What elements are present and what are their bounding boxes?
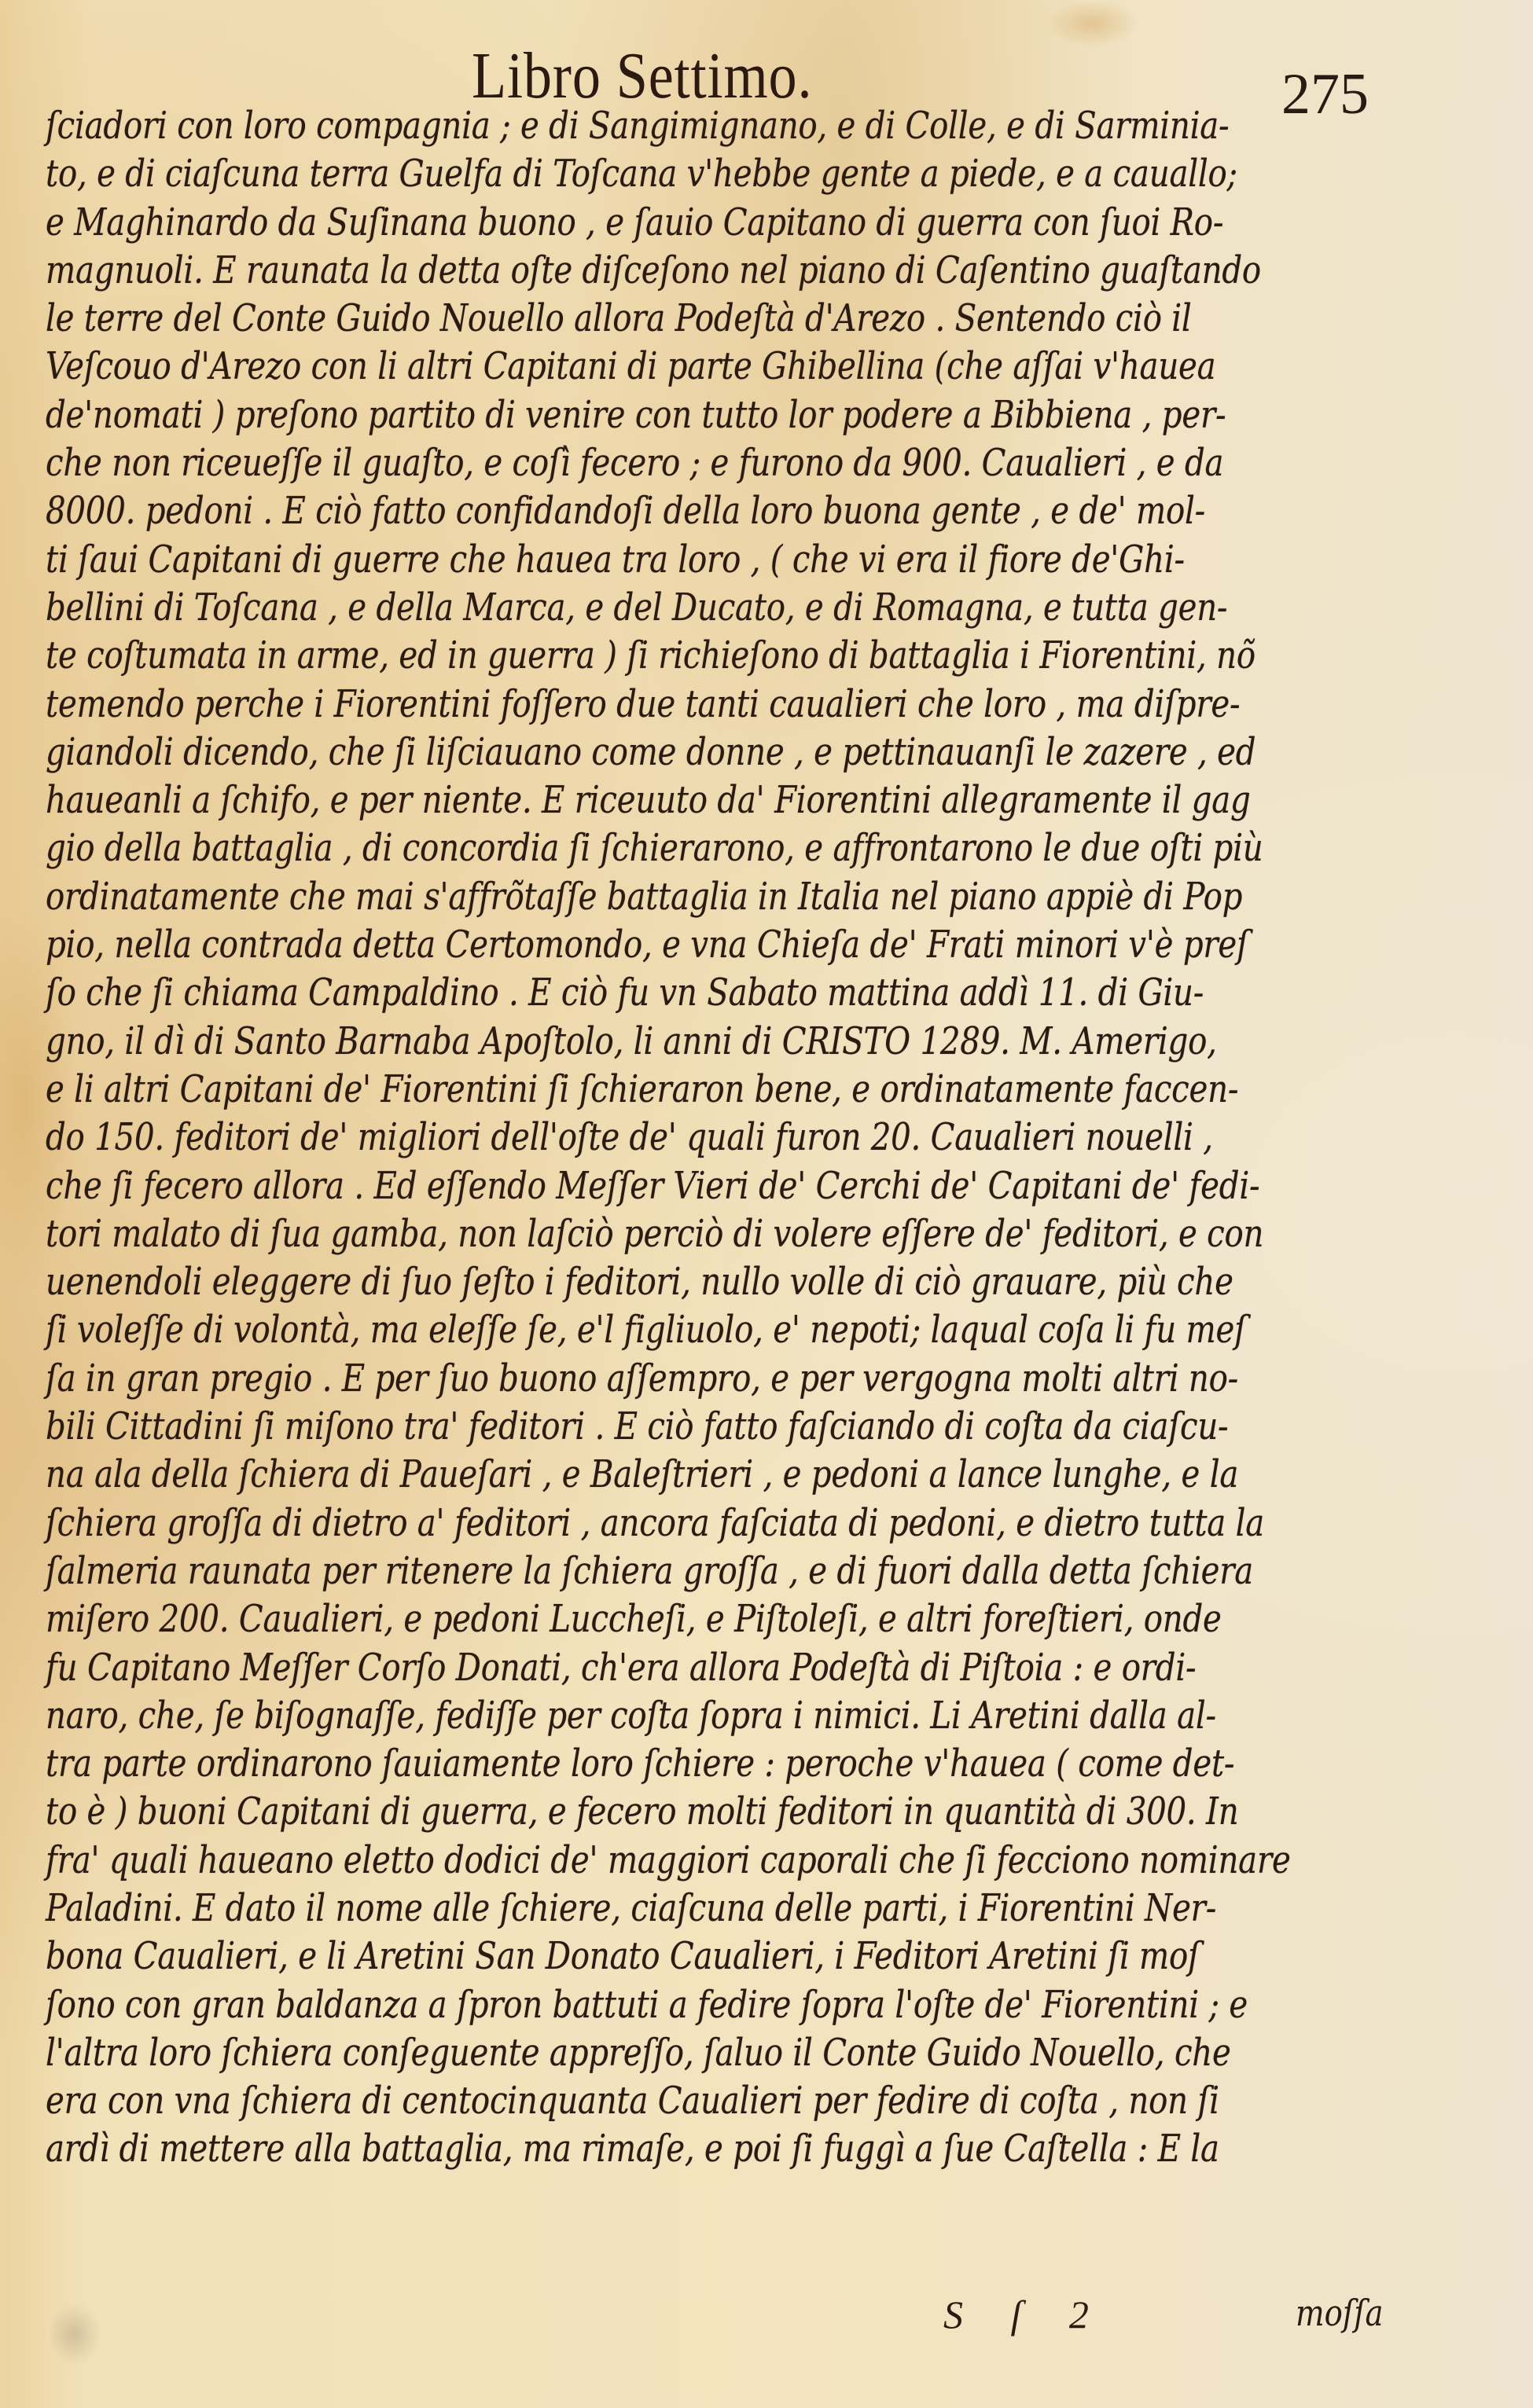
text-line: naro, che, ſe biſognaſſe, fediſſe per co… <box>46 1692 1168 1740</box>
text-line: e Maghinardo da Suſinana buono , e ſauio… <box>46 199 1168 247</box>
text-line: bona Caualieri, e li Aretini San Donato … <box>46 1933 1168 1980</box>
text-line: fu Capitano Meſſer Corſo Donati, ch'era … <box>46 1644 1168 1692</box>
text-line: de'nomati ) preſono partito di venire co… <box>46 391 1168 439</box>
text-line: ſi voleſſe di volontà, ma eleſſe ſe, e'l… <box>46 1306 1168 1354</box>
text-line: fra' quali haueano eletto dodici de' mag… <box>46 1837 1168 1885</box>
text-line: haueanli a ſchifo, e per niente. E riceu… <box>46 776 1168 824</box>
text-line: pio, nella contrada detta Certomondo, e … <box>46 921 1168 969</box>
text-line: giandoli dicendo, che ſi liſciauano come… <box>46 729 1168 776</box>
text-line: ſa in gran pregio . E per ſuo buono aſſe… <box>46 1355 1168 1403</box>
catchword: moſſa <box>1296 2292 1384 2334</box>
signature-mark: S ſ 2 <box>943 2292 1108 2337</box>
text-line: ſono con gran baldanza a ſpron battuti a… <box>46 1981 1168 2029</box>
text-line: che non riceueſſe il guaſto, e coſì fece… <box>46 439 1168 487</box>
text-line: ti ſaui Capitani di guerre che hauea tra… <box>46 536 1168 584</box>
text-line: magnuoli. E raunata la detta oſte diſceſ… <box>46 247 1168 295</box>
page-footer: S ſ 2 moſſa <box>0 2292 1533 2339</box>
body-text: ſciadori con loro compagnia ; e di Sangi… <box>46 102 1382 2174</box>
text-line: miſero 200. Caualieri, e pedoni Luccheſi… <box>46 1595 1168 1643</box>
text-line: na ala della ſchiera di Paueſari , e Bal… <box>46 1451 1168 1499</box>
text-line: Paladini. E dato il nome alle ſchiere, c… <box>46 1885 1168 1933</box>
text-line: e li altri Capitani de' Fiorentini ſi ſc… <box>46 1066 1168 1114</box>
text-line: to è ) buoni Capitani di guerra, e fecer… <box>46 1788 1168 1836</box>
text-line: do 150. feditori de' migliori dell'oſte … <box>46 1114 1168 1162</box>
text-line: gno, il dì di Santo Barnaba Apoſtolo, li… <box>46 1018 1168 1066</box>
text-line: 8000. pedoni . E ciò fatto confidandoſi … <box>46 487 1168 535</box>
text-line: era con vna ſchiera di centocinquanta Ca… <box>46 2077 1168 2125</box>
text-line: ſo che ſi chiama Campaldino . E ciò fu v… <box>46 969 1168 1017</box>
text-line: temendo perche i Fiorentini foſſero due … <box>46 681 1168 729</box>
text-line: le terre del Conte Guido Nouello allora … <box>46 295 1168 343</box>
text-line: ardì di mettere alla battaglia, ma rimaſ… <box>46 2125 1168 2173</box>
text-line: bili Cittadini ſi miſono tra' feditori .… <box>46 1403 1168 1451</box>
book-page: Libro Settimo. 275 ſciadori con loro com… <box>0 0 1533 2408</box>
text-line: bellini di Toſcana , e della Marca, e de… <box>46 584 1168 632</box>
text-line: te coſtumata in arme, ed in guerra ) ſi … <box>46 632 1168 680</box>
text-line: Veſcouo d'Arezo con li altri Capitani di… <box>46 343 1168 391</box>
text-line: tra parte ordinarono ſauiamente loro ſch… <box>46 1740 1168 1788</box>
text-line: che ſi fecero allora . Ed eſſendo Meſſer… <box>46 1162 1168 1210</box>
text-line: uenendoli eleggere di ſuo ſeſto i fedito… <box>46 1258 1168 1306</box>
text-line: ſalmeria raunata per ritenere la ſchiera… <box>46 1547 1168 1595</box>
text-line: to, e di ciaſcuna terra Guelfa di Toſcan… <box>46 150 1168 198</box>
text-line: gio della battaglia , di concordia ſi ſc… <box>46 824 1168 872</box>
text-line: ſciadori con loro compagnia ; e di Sangi… <box>46 102 1168 150</box>
text-line: ordinatamente che mai s'affrõtaſſe batta… <box>46 873 1168 921</box>
text-line: l'altra loro ſchiera conſeguente appreſſ… <box>46 2029 1168 2077</box>
text-line: ſchiera groſſa di dietro a' feditori , a… <box>46 1499 1168 1547</box>
text-line: tori malato di ſua gamba, non laſciò per… <box>46 1210 1168 1258</box>
